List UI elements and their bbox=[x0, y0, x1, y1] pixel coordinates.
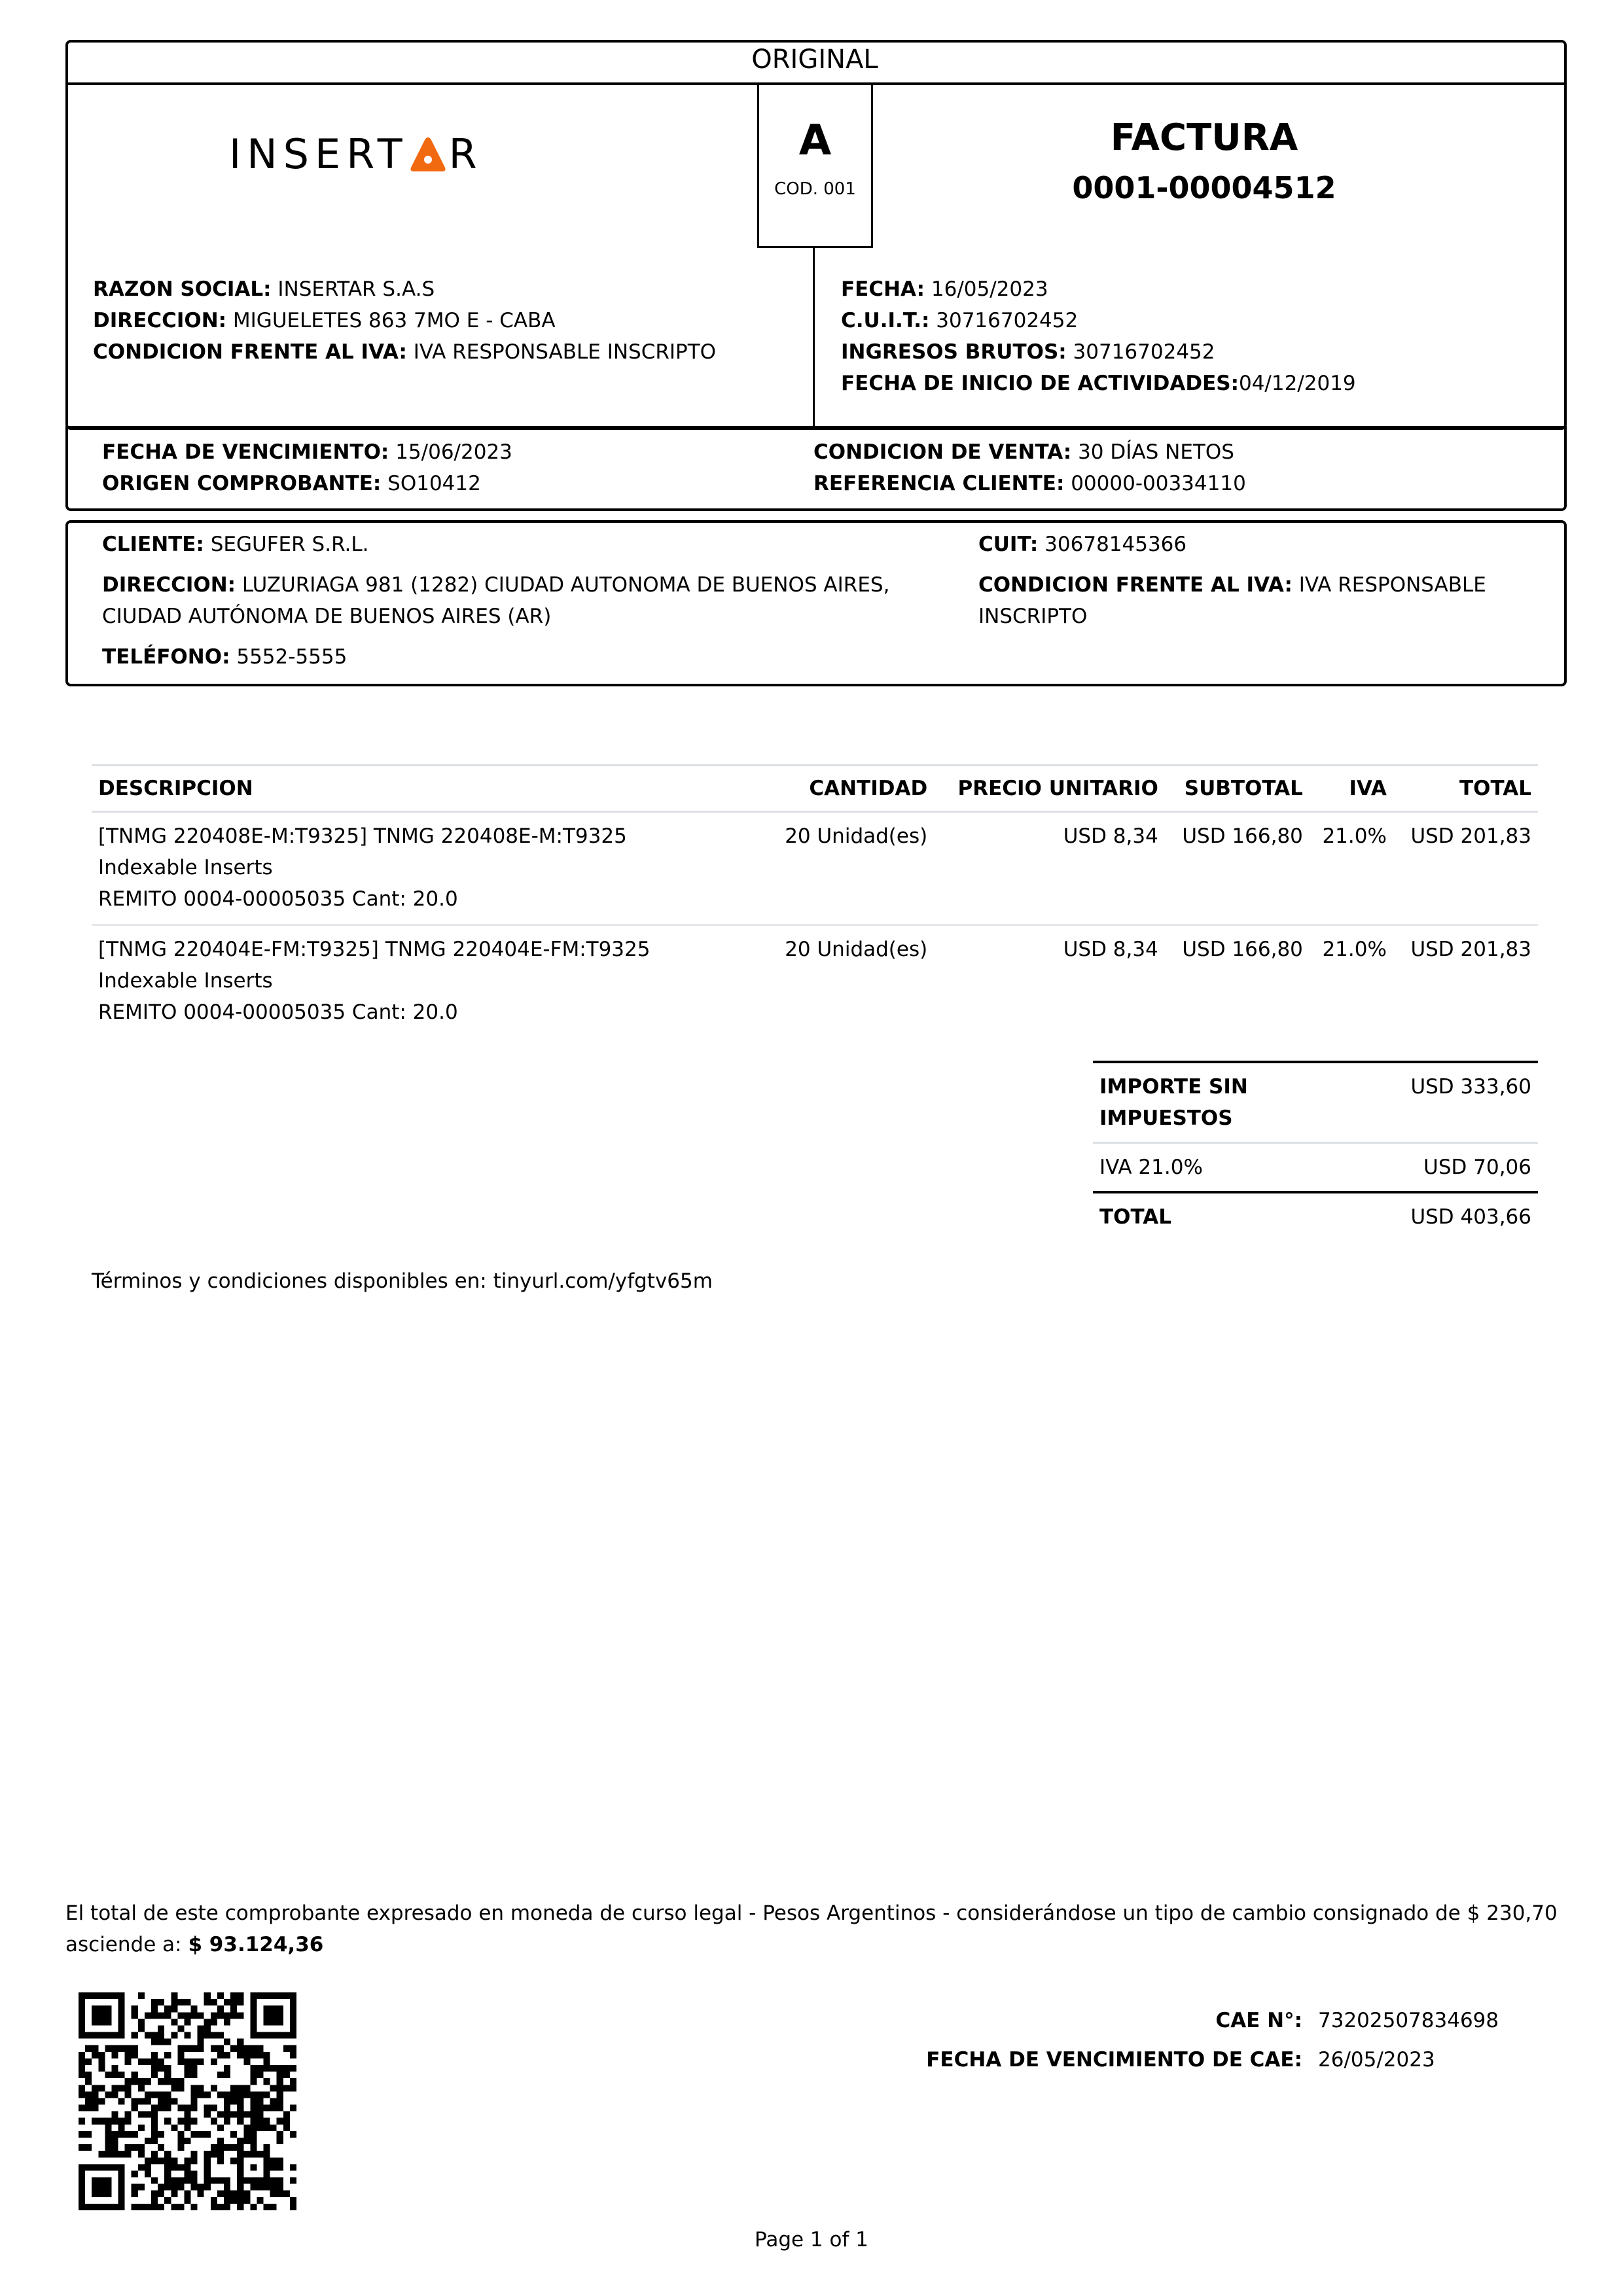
triangle-insert-icon bbox=[410, 136, 446, 173]
ars-total: $ 93.124,36 bbox=[188, 1933, 323, 1956]
issuer-info: RAZON SOCIAL: INSERTAR S.A.S DIRECCION: … bbox=[93, 274, 716, 368]
sale-conditions: CONDICION DE VENTA: 30 DÍAS NETOS REFERE… bbox=[813, 436, 1246, 499]
item-unit-price: USD 8,34 bbox=[934, 812, 1165, 925]
fecha: FECHA: 16/05/2023 bbox=[841, 274, 1356, 305]
terms-link-text: Términos y condiciones disponibles en: t… bbox=[92, 1269, 713, 1293]
totals-row-iva: IVA 21.0% USD 70,06 bbox=[1093, 1143, 1538, 1193]
qr-code-icon bbox=[79, 1992, 296, 2210]
column-header: DESCRIPCION bbox=[92, 766, 766, 812]
condicion-venta: CONDICION DE VENTA: 30 DÍAS NETOS bbox=[813, 436, 1246, 468]
item-quantity: 20 Unidad(es) bbox=[766, 812, 934, 925]
cae-number: CAE N°:73202507834698 bbox=[851, 2001, 1538, 2040]
column-header: IVA bbox=[1310, 766, 1393, 812]
cae-expiration: FECHA DE VENCIMIENTO DE CAE:26/05/2023 bbox=[851, 2040, 1538, 2079]
logo-text-end: R bbox=[449, 135, 483, 174]
item-description: [TNMG 220408E-M:T9325] TNMG 220408E-M:T9… bbox=[92, 812, 766, 925]
item-description: [TNMG 220404E-FM:T9325] TNMG 220404E-FM:… bbox=[92, 925, 766, 1038]
page-number: Page 1 of 1 bbox=[0, 2228, 1623, 2252]
item-iva: 21.0% bbox=[1310, 925, 1393, 1038]
logo-text-start: INSERT bbox=[229, 135, 408, 174]
origen-comprobante: ORIGEN COMPROBANTE: SO10412 bbox=[102, 468, 512, 499]
document-number: 0001-00004512 bbox=[874, 170, 1535, 205]
invoice-letter-box bbox=[757, 84, 873, 248]
item-subtotal: USD 166,80 bbox=[1165, 812, 1310, 925]
totals-value: USD 403,66 bbox=[1302, 1192, 1538, 1241]
totals-value: USD 70,06 bbox=[1302, 1143, 1538, 1193]
legal-currency-note: El total de este comprobante expresado e… bbox=[65, 1898, 1564, 1960]
column-header: CANTIDAD bbox=[766, 766, 934, 812]
ingresos-brutos: INGRESOS BRUTOS: 30716702452 bbox=[841, 336, 1356, 368]
vertical-divider bbox=[813, 247, 815, 426]
totals-row-total: TOTAL USD 403,66 bbox=[1093, 1192, 1538, 1241]
document-type: FACTURA bbox=[874, 116, 1535, 159]
item-quantity: 20 Unidad(es) bbox=[766, 925, 934, 1038]
client-cuit: CUIT: 30678145366 bbox=[978, 529, 1535, 560]
column-header: TOTAL bbox=[1393, 766, 1538, 812]
client-info: CLIENTE: SEGUFER S.R.L. DIRECCION: LUZUR… bbox=[102, 529, 940, 682]
totals-table: IMPORTE SIN IMPUESTOS USD 333,60 IVA 21.… bbox=[1093, 1061, 1538, 1241]
table-row: [TNMG 220404E-FM:T9325] TNMG 220404E-FM:… bbox=[92, 925, 1538, 1038]
column-header: PRECIO UNITARIO bbox=[934, 766, 1165, 812]
fiscal-info: FECHA: 16/05/2023 C.U.I.T.: 30716702452 … bbox=[841, 274, 1356, 399]
client-fiscal: CUIT: 30678145366 CONDICION FRENTE AL IV… bbox=[978, 529, 1535, 641]
inicio-actividades: FECHA DE INICIO DE ACTIVIDADES:04/12/201… bbox=[841, 368, 1356, 399]
client-condicion-iva: CONDICION FRENTE AL IVA: IVA RESPONSABLE… bbox=[978, 569, 1535, 632]
cae-info: CAE N°:73202507834698 FECHA DE VENCIMIEN… bbox=[851, 2001, 1538, 2079]
totals-label: IMPORTE SIN IMPUESTOS bbox=[1093, 1062, 1302, 1143]
referencia-cliente: REFERENCIA CLIENTE: 00000-00334110 bbox=[813, 468, 1246, 499]
column-header: SUBTOTAL bbox=[1165, 766, 1310, 812]
issuer-razon-social: RAZON SOCIAL: INSERTAR S.A.S bbox=[93, 274, 716, 305]
issuer-condicion-iva: CONDICION FRENTE AL IVA: IVA RESPONSABLE… bbox=[93, 336, 716, 368]
client-address: DIRECCION: LUZURIAGA 981 (1282) CIUDAD A… bbox=[102, 569, 940, 632]
totals-label: IVA 21.0% bbox=[1093, 1143, 1302, 1193]
copy-label: ORIGINAL bbox=[65, 44, 1564, 75]
invoice-letter: A bbox=[757, 116, 873, 165]
fecha-vencimiento: FECHA DE VENCIMIENTO: 15/06/2023 bbox=[102, 436, 512, 468]
client-phone: TELÉFONO: 5552-5555 bbox=[102, 641, 940, 673]
totals-label: TOTAL bbox=[1093, 1192, 1302, 1241]
item-total: USD 201,83 bbox=[1393, 925, 1538, 1038]
company-logo: INSERT R bbox=[229, 135, 483, 174]
issuer-direccion: DIRECCION: MIGUELETES 863 7MO E - CABA bbox=[93, 305, 716, 336]
totals-value: USD 333,60 bbox=[1302, 1062, 1538, 1143]
invoice-code: COD. 001 bbox=[757, 179, 873, 199]
item-iva: 21.0% bbox=[1310, 812, 1393, 925]
totals-row-untaxed: IMPORTE SIN IMPUESTOS USD 333,60 bbox=[1093, 1062, 1538, 1143]
cuit: C.U.I.T.: 30716702452 bbox=[841, 305, 1356, 336]
item-unit-price: USD 8,34 bbox=[934, 925, 1165, 1038]
client-name: CLIENTE: SEGUFER S.R.L. bbox=[102, 529, 940, 560]
table-header-row: DESCRIPCION CANTIDAD PRECIO UNITARIO SUB… bbox=[92, 766, 1538, 812]
item-total: USD 201,83 bbox=[1393, 812, 1538, 925]
item-subtotal: USD 166,80 bbox=[1165, 925, 1310, 1038]
table-row: [TNMG 220408E-M:T9325] TNMG 220408E-M:T9… bbox=[92, 812, 1538, 925]
due-info: FECHA DE VENCIMIENTO: 15/06/2023 ORIGEN … bbox=[102, 436, 512, 499]
items-table: DESCRIPCION CANTIDAD PRECIO UNITARIO SUB… bbox=[92, 764, 1538, 1037]
